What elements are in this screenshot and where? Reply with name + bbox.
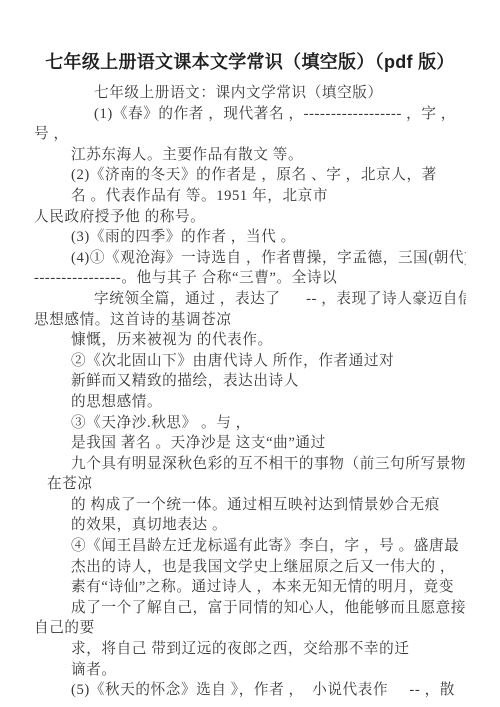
- text-line: 的效果，真切地表达 。: [34, 515, 466, 536]
- text-line: 江苏东海人。主要作品有散文 等。: [34, 145, 466, 166]
- text-line: 慷慨，历来被视为 的代表作。: [34, 330, 466, 351]
- text-line: ----------------。他与其子 合称“三曹”。全诗以: [34, 268, 466, 289]
- text-line: 新鲜而又精致的描绘，表达出诗人: [34, 371, 466, 392]
- text-line: (4)①《观沧海》一诗选自 ，作者曹操，字孟德，三国(朝代): [34, 248, 466, 269]
- text-line: (1)《春》的作者 ，现代著名 ，------------------ ，字 ，: [34, 104, 466, 125]
- text-line: 的思想感情。: [34, 392, 466, 413]
- text-line: 谪者。: [34, 660, 466, 681]
- document-title: 七年级上册语文课本文学常识（填空版）（pdf 版）: [34, 50, 466, 74]
- text-line: 九个具有明显深秋色彩的互不相干的事物（前三句所写景物）。: [34, 454, 466, 475]
- text-line: 在苍凉: [34, 474, 466, 495]
- text-line: 号 ，: [34, 124, 466, 145]
- text-line: 杰出的诗人，也是我国文学史上继屈原之后又一伟大的 ，: [34, 557, 466, 578]
- text-line: 字统领全篇，通过 ，表达了 -- ，表现了诗人豪迈自信的: [34, 289, 466, 310]
- text-line: ④《闻王昌龄左迁龙标遥有此寄》李白，字 ，号 。盛唐最: [34, 536, 466, 557]
- text-line: 求，将自己 带到辽远的夜郎之西，交给那不幸的迁: [34, 639, 466, 660]
- document-page: 七年级上册语文课本文学常识（填空版）（pdf 版） 七年级上册语文：课内文学常识…: [0, 0, 500, 707]
- text-line: 是我国 著名 。天净沙是 这支“曲”通过: [34, 433, 466, 454]
- text-line: 素有“诗仙”之称。通过诗人 ，本来无知无情的明月，竟变: [34, 577, 466, 598]
- text-line: 的 构成了一个统一体。通过相互映衬达到情景妙合无痕: [34, 495, 466, 516]
- text-line: (5)《秋天的怀念》选自 》，作者 ， 小说代表作 -- ，散: [34, 680, 466, 701]
- text-line: 思想感情。这首诗的基调苍凉: [34, 310, 466, 331]
- text-line: 自己的要: [34, 618, 466, 639]
- text-line: 人民政府授予他 的称号。: [34, 207, 466, 228]
- text-line: 七年级上册语文：课内文学常识（填空版）: [34, 83, 466, 104]
- text-line: 名 。代表作品有 等。1951 年，北京市: [34, 186, 466, 207]
- document-body: 七年级上册语文：课内文学常识（填空版）(1)《春》的作者 ，现代著名 ，----…: [34, 83, 466, 701]
- text-line: 成了一个了解自己，富于同情的知心人，他能够而且愿意接受: [34, 598, 466, 619]
- text-line: (2)《济南的冬天》的作者是 ，原名 、字 ，北京人，著: [34, 165, 466, 186]
- text-line: (3)《雨的四季》的作者 ，当代 。: [34, 227, 466, 248]
- text-line: ③《天净沙.秋思》 。与 ，: [34, 413, 466, 434]
- text-line: ②《次北固山下》由唐代诗人 所作，作者通过对: [34, 351, 466, 372]
